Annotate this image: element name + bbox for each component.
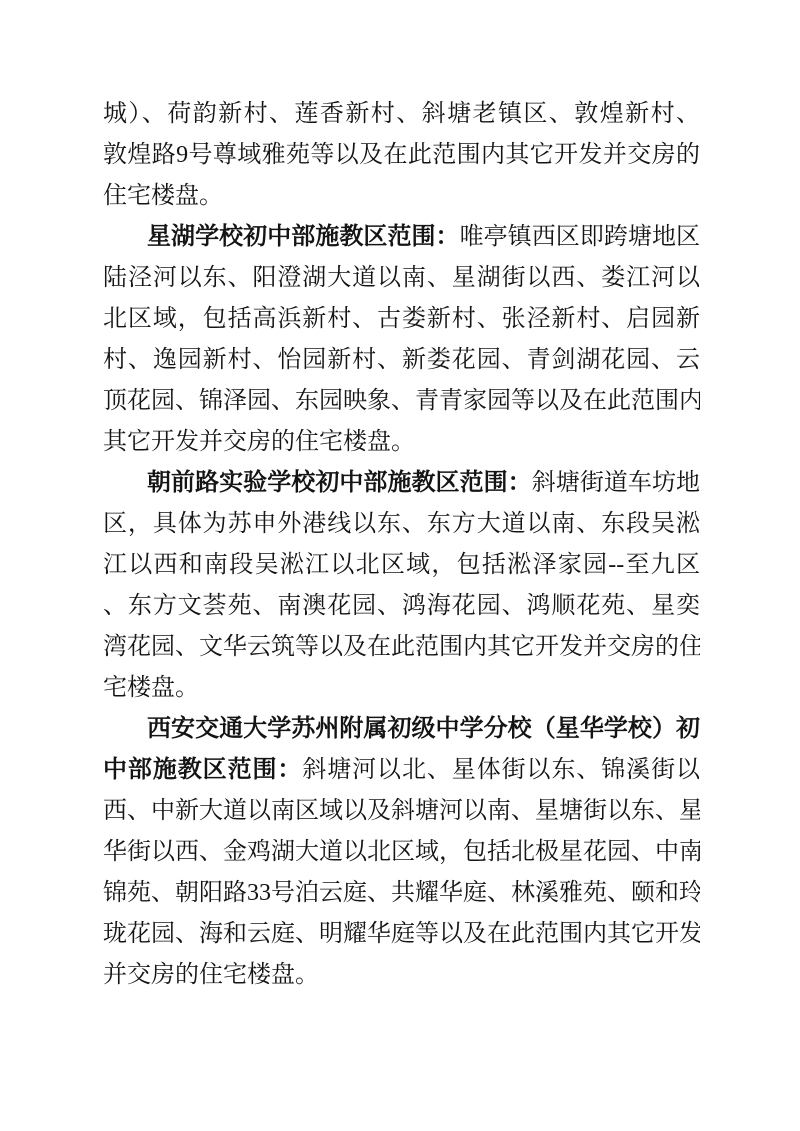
text-line: 村、逸园新村、怡园新村、新娄花园、青剑湖花园、云 xyxy=(103,340,700,381)
document-text-block: 城）、荷韵新村、莲香新村、斜塘老镇区、敦煌新村、 敦煌路9号尊域雅苑等以及在此范… xyxy=(103,94,700,996)
section-heading-xinghu: 星湖学校初中部施教区范围： xyxy=(147,224,460,250)
body-text: 区，具体为苏申外港线以东、东方大道以南、东段吴淞 xyxy=(103,511,700,537)
text-line: 住宅楼盘。 xyxy=(103,176,700,217)
body-text: 住宅楼盘。 xyxy=(103,183,223,209)
text-line: 星湖学校初中部施教区范围：唯亭镇西区即跨塘地区 xyxy=(103,217,700,258)
section-heading-xianjiaoda-cont: 中部施教区范围： xyxy=(103,757,302,783)
text-line: 陆泾河以东、阳澄湖大道以南、星湖街以西、娄江河以 xyxy=(103,258,700,299)
body-text: 陆泾河以东、阳澄湖大道以南、星湖街以西、娄江河以 xyxy=(103,265,700,291)
text-line: 北区域，包括高浜新村、古娄新村、张泾新村、启园新 xyxy=(103,299,700,340)
text-line: 锦苑、朝阳路33号泊云庭、共耀华庭、林溪雅苑、颐和玲 xyxy=(103,873,700,914)
body-text: 唯亭镇西区即跨塘地区 xyxy=(460,224,700,250)
body-text: 其它开发并交房的住宅楼盘。 xyxy=(103,429,415,455)
body-text: 城）、荷韵新村、莲香新村、斜塘老镇区、敦煌新村、 xyxy=(103,101,700,127)
section-heading-xianjiaoda: 西安交通大学苏州附属初级中学分校（星华学校）初 xyxy=(147,716,700,742)
text-line: 并交房的住宅楼盘。 xyxy=(103,955,700,996)
text-line: 朝前路实验学校初中部施教区范围：斜塘街道车坊地 xyxy=(103,463,700,504)
text-line: 、东方文荟苑、南澳花园、鸿海花园、鸿顺花苑、星奕 xyxy=(103,586,700,627)
text-line: 中部施教区范围：斜塘河以北、星体街以东、锦溪街以 xyxy=(103,750,700,791)
body-text: 并交房的住宅楼盘。 xyxy=(103,962,319,988)
section-heading-chaoqianlu: 朝前路实验学校初中部施教区范围： xyxy=(147,470,532,496)
text-line: 湾花园、文华云筑等以及在此范围内其它开发并交房的住 xyxy=(103,627,700,668)
body-text: 村、逸园新村、怡园新村、新娄花园、青剑湖花园、云 xyxy=(103,347,700,373)
body-text: 锦苑、朝阳路33号泊云庭、共耀华庭、林溪雅苑、颐和玲 xyxy=(103,880,700,906)
text-line: 区，具体为苏申外港线以东、东方大道以南、东段吴淞 xyxy=(103,504,700,545)
body-text: 珑花园、海和云庭、明耀华庭等以及在此范围内其它开发 xyxy=(103,921,700,947)
text-line: 敦煌路9号尊域雅苑等以及在此范围内其它开发并交房的 xyxy=(103,135,700,176)
text-line: 西、中新大道以南区域以及斜塘河以南、星塘街以东、星 xyxy=(103,791,700,832)
body-text: 江以西和南段吴淞江以北区域，包括淞泽家园--至九区 xyxy=(103,552,700,578)
text-line: 其它开发并交房的住宅楼盘。 xyxy=(103,422,700,463)
body-text: 宅楼盘。 xyxy=(103,675,199,701)
text-line: 华街以西、金鸡湖大道以北区域，包括北极星花园、中南 xyxy=(103,832,700,873)
body-text: 敦煌路9号尊域雅苑等以及在此范围内其它开发并交房的 xyxy=(103,142,700,168)
text-line: 宅楼盘。 xyxy=(103,668,700,709)
text-line: 珑花园、海和云庭、明耀华庭等以及在此范围内其它开发 xyxy=(103,914,700,955)
text-line: 西安交通大学苏州附属初级中学分校（星华学校）初 xyxy=(103,709,700,750)
text-line: 城）、荷韵新村、莲香新村、斜塘老镇区、敦煌新村、 xyxy=(103,94,700,135)
body-text: 斜塘街道车坊地 xyxy=(532,470,700,496)
body-text: 湾花园、文华云筑等以及在此范围内其它开发并交房的住 xyxy=(103,634,700,660)
body-text: 华街以西、金鸡湖大道以北区域，包括北极星花园、中南 xyxy=(103,839,700,865)
text-line: 顶花园、锦泽园、东园映象、青青家园等以及在此范围内 xyxy=(103,381,700,422)
body-text: 顶花园、锦泽园、东园映象、青青家园等以及在此范围内 xyxy=(103,388,700,414)
body-text: 、东方文荟苑、南澳花园、鸿海花园、鸿顺花苑、星奕 xyxy=(103,593,700,619)
document-page: 城）、荷韵新村、莲香新村、斜塘老镇区、敦煌新村、 敦煌路9号尊域雅苑等以及在此范… xyxy=(0,0,800,1131)
text-line: 江以西和南段吴淞江以北区域，包括淞泽家园--至九区 xyxy=(103,545,700,586)
body-text: 北区域，包括高浜新村、古娄新村、张泾新村、启园新 xyxy=(103,306,700,332)
body-text: 斜塘河以北、星体街以东、锦溪街以 xyxy=(302,757,700,783)
body-text: 西、中新大道以南区域以及斜塘河以南、星塘街以东、星 xyxy=(103,798,700,824)
